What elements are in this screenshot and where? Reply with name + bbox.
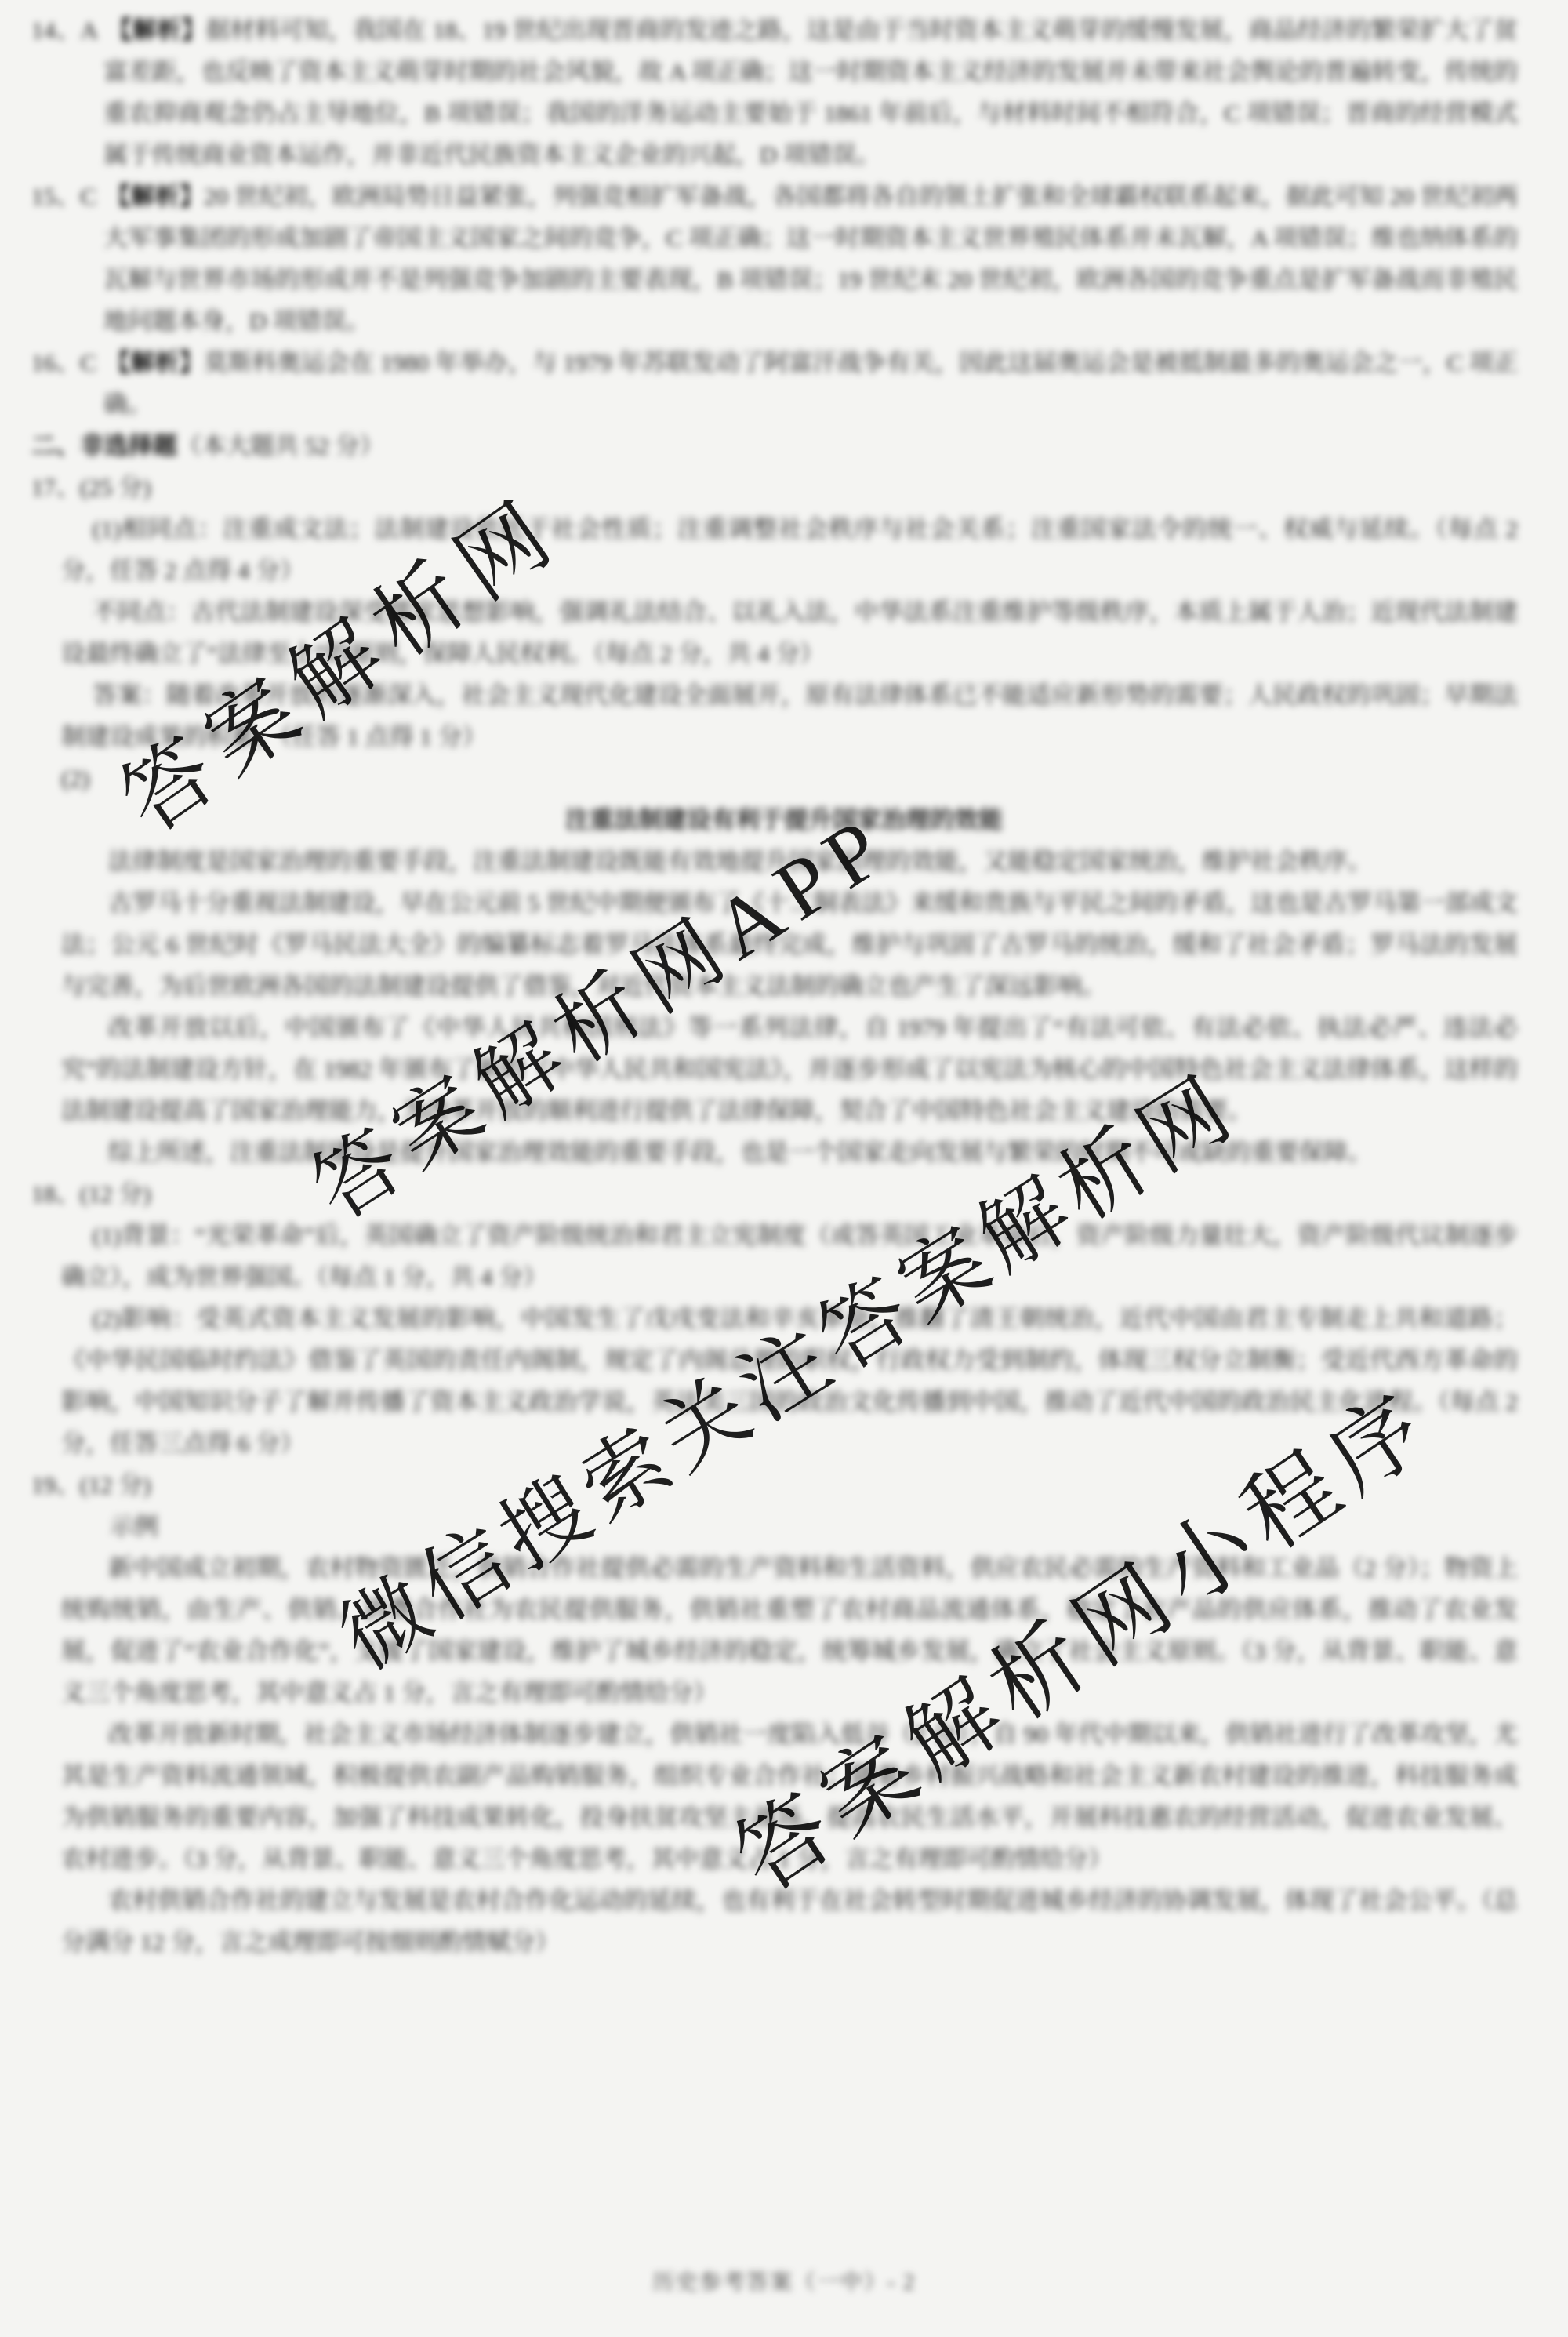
q17-answer-para: 答案：随着改革开放的逐渐深入，社会主义现代化建设全面展开，原有法律体系已不能适应… (0, 674, 1568, 758)
section-2-bold: 二、非选择题 (31, 432, 177, 460)
analysis-tag: 【解析】 (106, 349, 204, 376)
analysis-tag: 【解析】 (106, 183, 204, 210)
q17-same-points: (1)相同点：注重成文法；法制建设依托于社会性质；注重调整社会秩序与社会关系；注… (0, 508, 1568, 591)
q17-diff-points: 不同点：古代法制建设深受儒家思想影响，强调礼法结合、以礼入法，中华法系注重维护等… (0, 591, 1568, 674)
answer-item-16: 16、C【解析】莫斯科奥运会在 1980 年举办，与 1979 年苏联发动了阿富… (0, 342, 1568, 425)
page-footer: 历史参考答案（一中）- 2 (0, 2262, 1568, 2303)
q19-para-2: 改革开放新时期，社会主义市场经济体制逐步建立，供销社一度陷入低谷（2 分）；自 … (0, 1714, 1568, 1880)
section-2-title: 二、非选择题（本大题共 52 分） (0, 425, 1568, 467)
question-17-number: 17、(25 分) (0, 467, 1568, 508)
q17-part-2-marker: (2) (0, 758, 1568, 799)
item-number: 16、C (31, 349, 96, 376)
q18-influence-para: (2)影响：受英式资本主义发展的影响，中国发生了戊戌变法和辛亥革命，推翻了清王朝… (0, 1298, 1568, 1464)
q18-background-para: (1)背景：“光荣革命”后，英国确立了资产阶级统治和君主立宪制度（或答英国工业革… (0, 1215, 1568, 1298)
q19-example-label: 示例 (0, 1506, 1568, 1547)
q17-essay-heading: 注重法制建设有利于提升国家治理的效能 (0, 799, 1568, 841)
answer-item-14: 14、A【解析】据材料可知，我国在 18、19 世纪出现晋商的发迹之路，这是由于… (0, 9, 1568, 176)
item-body: 莫斯科奥运会在 1980 年举办，与 1979 年苏联发动了阿富汗战争有关，因此… (103, 349, 1518, 418)
answer-item-15: 15、C【解析】20 世纪初，欧洲局势日益紧张，列强竞相扩军备战，各国都将各自的… (0, 176, 1568, 342)
q17-essay-para-2: 古罗马十分重视法制建设，早在公元前 5 世纪中期便颁布了《十二铜表法》来缓和贵族… (0, 882, 1568, 1007)
question-19-number: 19、(12 分) (0, 1464, 1568, 1506)
q19-para-1: 新中国成立初期，农村物资匮乏，供销合作社提供必需的生产资料和生活资料，供应农民必… (0, 1547, 1568, 1714)
item-body: 据材料可知，我国在 18、19 世纪出现晋商的发迹之路，这是由于当时资本主义萌芽… (103, 16, 1518, 169)
q17-essay-para-3: 改革开放以后，中国颁布了《中华人民共和国刑法》等一系列法律，自 1979 年提出… (0, 1007, 1568, 1132)
document-content: 14、A【解析】据材料可知，我国在 18、19 世纪出现晋商的发迹之路，这是由于… (0, 0, 1568, 2337)
scanned-answer-page: 14、A【解析】据材料可知，我国在 18、19 世纪出现晋商的发迹之路，这是由于… (0, 0, 1568, 2337)
question-18-number: 18、(12 分) (0, 1173, 1568, 1215)
section-2-rest: （本大题共 52 分） (177, 432, 384, 460)
item-number: 15、C (31, 183, 96, 210)
item-body: 20 世纪初，欧洲局势日益紧张，列强竞相扩军备战，各国都将各自的领土扩张和全球霸… (103, 183, 1518, 335)
item-number: 14、A (31, 16, 98, 44)
q17-essay-para-1: 法律制度是国家治理的重要手段，注重法制建设既能有效地提升国家治理的效能，又能稳定… (0, 841, 1568, 882)
q19-para-3: 农村供销合作社的建立与发展是农村合作化运动的延续，也有利于在社会转型时期促进城乡… (0, 1880, 1568, 1963)
analysis-tag: 【解析】 (107, 16, 205, 44)
q17-essay-para-4: 综上所述，注重法制建设是提升国家治理效能的重要手段，也是一个国家走向发展与繁荣的… (0, 1132, 1568, 1173)
